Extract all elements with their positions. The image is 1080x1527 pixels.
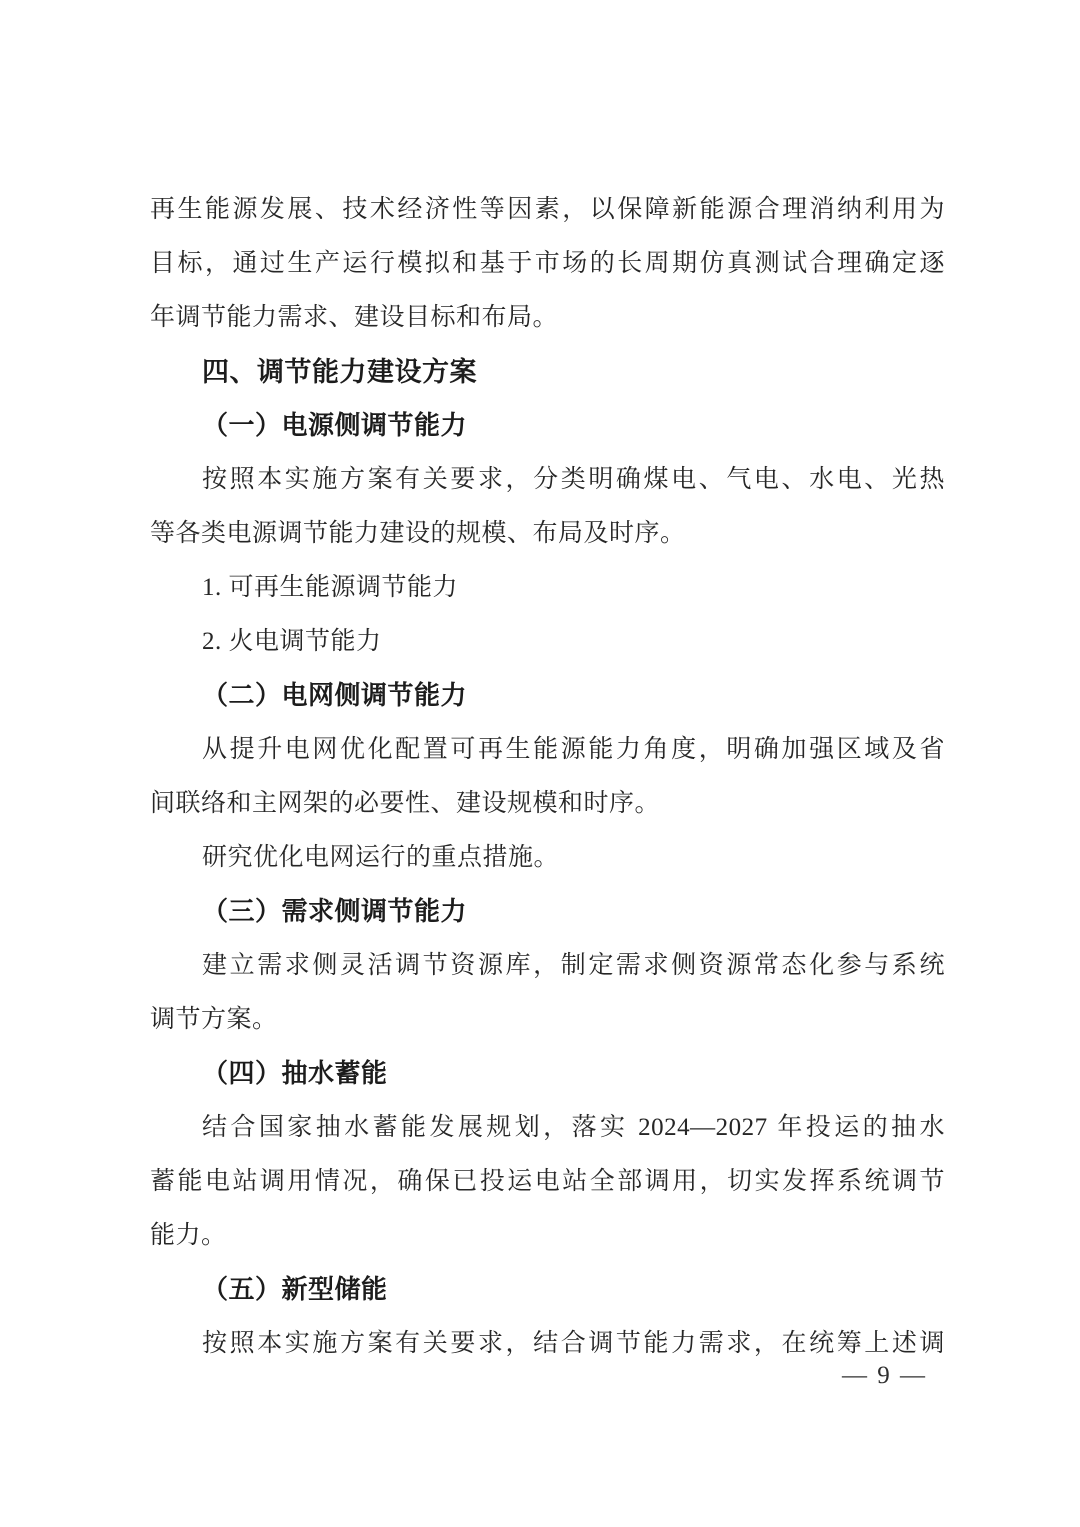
body-line: 目标，通过生产运行模拟和基于市场的长周期仿真测试合理确定逐 [150, 237, 945, 291]
list-item: 1. 可再生能源调节能力 [150, 561, 945, 615]
body-line: 年调节能力需求、建设目标和布局。 [150, 291, 945, 345]
list-item: 2. 火电调节能力 [150, 615, 945, 669]
sub-heading: （二）电网侧调节能力 [150, 669, 945, 723]
document-body: 再生能源发展、技术经济性等因素，以保障新能源合理消纳利用为 目标，通过生产运行模… [150, 183, 945, 1371]
sub-heading: （三）需求侧调节能力 [150, 885, 945, 939]
body-line: 从提升电网优化配置可再生能源能力角度，明确加强区域及省 [150, 723, 945, 777]
body-line: 结合国家抽水蓄能发展规划，落实 2024—2027 年投运的抽水 [150, 1101, 945, 1155]
sub-heading: （一）电源侧调节能力 [150, 399, 945, 453]
body-line: 按照本实施方案有关要求，结合调节能力需求，在统筹上述调 [150, 1317, 945, 1371]
body-line: 调节方案。 [150, 993, 945, 1047]
sub-heading: （五）新型储能 [150, 1263, 945, 1317]
body-line: 再生能源发展、技术经济性等因素，以保障新能源合理消纳利用为 [150, 183, 945, 237]
body-line: 能力。 [150, 1209, 945, 1263]
section-heading: 四、调节能力建设方案 [150, 345, 945, 399]
body-line: 研究优化电网运行的重点措施。 [150, 831, 945, 885]
page-number: — 9 — [842, 1358, 927, 1394]
body-line: 蓄能电站调用情况，确保已投运电站全部调用，切实发挥系统调节 [150, 1155, 945, 1209]
sub-heading: （四）抽水蓄能 [150, 1047, 945, 1101]
document-page: 再生能源发展、技术经济性等因素，以保障新能源合理消纳利用为 目标，通过生产运行模… [0, 0, 1080, 1527]
body-line: 间联络和主网架的必要性、建设规模和时序。 [150, 777, 945, 831]
body-line: 等各类电源调节能力建设的规模、布局及时序。 [150, 507, 945, 561]
body-line: 建立需求侧灵活调节资源库，制定需求侧资源常态化参与系统 [150, 939, 945, 993]
body-line: 按照本实施方案有关要求，分类明确煤电、气电、水电、光热 [150, 453, 945, 507]
